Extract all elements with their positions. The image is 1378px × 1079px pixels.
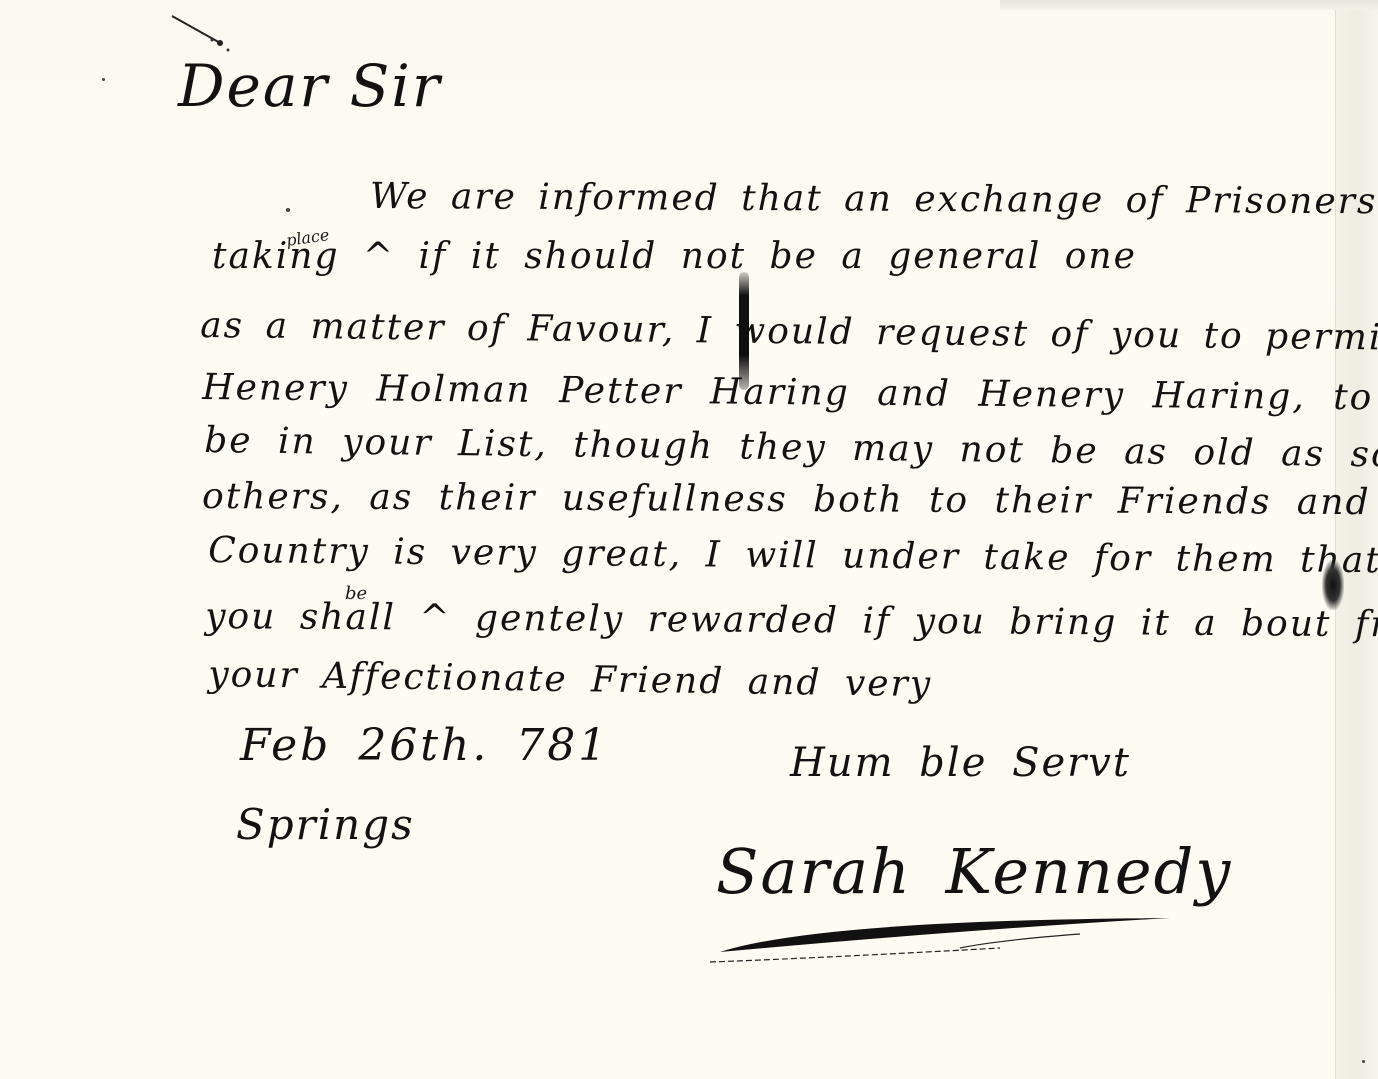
letter-page: Dear Sir We are informed that an exchang… <box>0 0 1378 1079</box>
body-line-1: We are informed that an exchange of Pris… <box>370 176 1378 223</box>
body-line-6: others, as their usefullness both to the… <box>202 476 1371 523</box>
body-line-8: you shall ^ gentely rewarded if you brin… <box>205 596 1378 646</box>
body-line-9: your Affectionate Friend and very <box>208 654 932 705</box>
salutation: Dear Sir <box>178 52 442 120</box>
ink-speck <box>1362 1060 1365 1063</box>
letter-place: Springs <box>236 800 415 849</box>
ink-smear-mark <box>739 272 749 390</box>
closing-phrase: Hum ble Servt <box>790 740 1131 786</box>
ink-speck <box>286 208 290 212</box>
body-line-4: Henery Holman Petter Haring and Henery H… <box>202 367 1374 418</box>
paper-top-edge <box>1000 0 1378 10</box>
body-line-7: Country is very great, I will under take… <box>208 530 1378 581</box>
body-line-3: as a matter of Favour, I would request o… <box>200 305 1378 359</box>
body-line-5: be in your List, though they may not be … <box>204 420 1378 476</box>
body-line-2: taking ^ if it should not be a general o… <box>212 236 1137 277</box>
ink-blot-mark <box>1322 560 1344 610</box>
letter-date: Feb 26th. 781 <box>240 720 609 771</box>
ink-speck <box>102 78 105 81</box>
signature-underline-flourish-icon <box>700 890 1200 970</box>
